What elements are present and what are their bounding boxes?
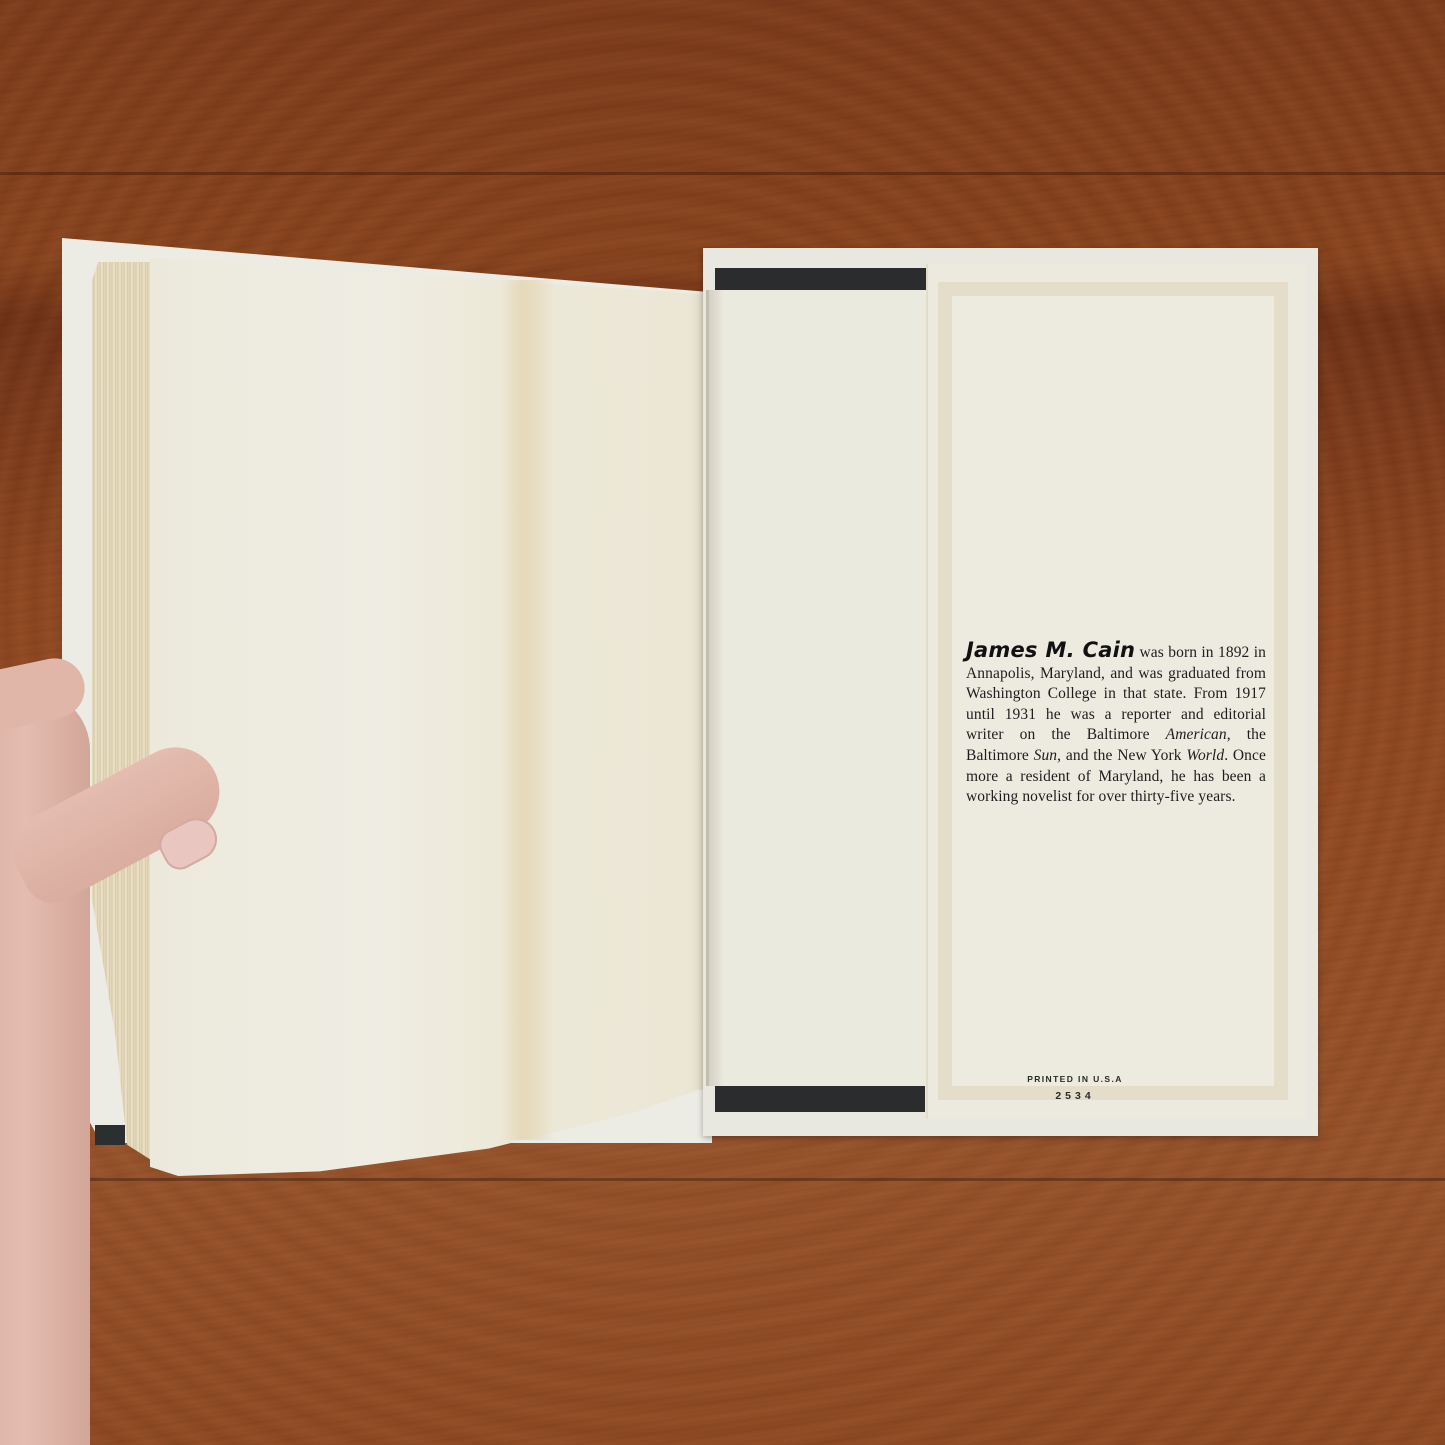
printed-in-usa-label: PRINTED IN U.S.A — [1000, 1074, 1150, 1084]
front-endpaper — [706, 290, 931, 1086]
jacket-code-number: 2534 — [1000, 1090, 1150, 1102]
author-biography: James M. Cain was born in 1892 in Annapo… — [966, 640, 1266, 808]
newspaper-american: American — [1166, 726, 1227, 743]
back-cover-cloth-edge — [95, 1125, 125, 1145]
table-plank-seam — [0, 1178, 1445, 1181]
newspaper-sun: Sun — [1034, 747, 1058, 764]
bio-text: , and the New York — [1057, 747, 1186, 764]
table-plank-seam — [0, 172, 1445, 175]
spine-cloth-bottom — [715, 1082, 925, 1112]
author-name: James M. Cain — [966, 638, 1135, 662]
left-flyleaf-page — [150, 258, 715, 1176]
endpaper-shadow — [706, 290, 724, 1086]
newspaper-world: World — [1186, 747, 1224, 764]
page-stain — [500, 280, 555, 1140]
